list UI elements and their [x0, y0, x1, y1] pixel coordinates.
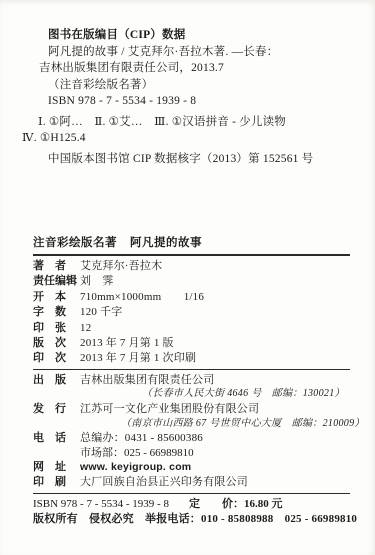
row-label: 著 者: [33, 259, 80, 274]
divider-middle: [33, 369, 350, 370]
publisher-address: （长春市人民大街 4646 号 邮编：130021）: [33, 387, 350, 402]
row-distributor: 发 行 江苏可一文化产业集团股份有限公司: [33, 402, 350, 417]
row-value: 江苏可一文化产业集团股份有限公司: [80, 402, 259, 417]
row-label: 字 数: [33, 305, 80, 320]
row-label: 责任编辑: [33, 274, 80, 289]
phone-editorial: 总编办：0431 - 85600386: [80, 431, 203, 446]
isbn-price-row: ISBN 978 - 7 - 5534 - 1939 - 8 定 价：16.80…: [33, 497, 350, 513]
row-label: 开 本: [33, 290, 80, 305]
row-label: 网 址: [33, 460, 80, 475]
divider-top: [33, 254, 350, 256]
row-phone: 电 话 总编办：0431 - 85600386: [33, 431, 350, 446]
cip-header: 图书在版编目（CIP）数据: [22, 27, 357, 44]
book-title: 阿凡提的故事: [130, 237, 202, 249]
row-value: 大厂回族自治县正兴印务有限公司: [80, 475, 248, 490]
cip-series-line: （注音彩绘版名著）: [22, 77, 357, 94]
cip-class-line-2: Ⅳ. ①H125.4: [22, 130, 357, 147]
row-value: 2013 年 7 月第 1 版: [80, 336, 174, 351]
publisher-info-list: 出 版 吉林出版集团有限责任公司 （长春市人民大街 4646 号 邮编：1300…: [33, 373, 350, 490]
title-bar: 注音彩绘版名著阿凡提的故事: [33, 236, 350, 250]
row-label: 印 次: [33, 351, 80, 366]
row-publisher: 出 版 吉林出版集团有限责任公司: [33, 373, 350, 388]
row-edition: 版 次 2013 年 7 月第 1 版: [33, 336, 350, 351]
footer-section: ISBN 978 - 7 - 5534 - 1939 - 8 定 价：16.80…: [33, 497, 350, 528]
row-printing: 印 次 2013 年 7 月第 1 次印刷: [33, 351, 350, 366]
row-value: 刘 霁: [80, 274, 114, 289]
cip-class-line-1: Ⅰ. ①阿… Ⅱ. ①艾… Ⅲ. ①汉语拼音 - 少儿读物: [22, 114, 357, 131]
cip-section: 图书在版编目（CIP）数据 阿凡提的故事 / 艾克拜尔·吾拉木著. —长春： 吉…: [22, 27, 357, 167]
row-sheets: 印 张 12: [33, 321, 350, 336]
colophon-section: 注音彩绘版名著阿凡提的故事 著 者 艾克拜尔·吾拉木 责任编辑 刘 霁 开 本 …: [33, 236, 350, 528]
row-label: 版 次: [33, 336, 80, 351]
row-value: 120 千字: [80, 305, 122, 320]
row-format: 开 本 710mm×1000mm 1/16: [33, 290, 350, 305]
row-value: 12: [80, 321, 91, 336]
row-label: 印 张: [33, 321, 80, 336]
series-name: 注音彩绘版名著: [33, 237, 117, 249]
cip-isbn-line: ISBN 978 - 7 - 5534 - 1939 - 8: [22, 93, 357, 110]
phone-marketing: 市场部：025 - 66989810: [33, 446, 350, 461]
divider-bottom: [33, 493, 350, 494]
row-label: 印 刷: [33, 475, 80, 490]
row-website: 网 址 www. keyigroup. com: [33, 460, 350, 475]
distributor-address: （南京市山西路 67 号世贸中心大厦 邮编：210009）: [33, 417, 350, 432]
row-author: 著 者 艾克拜尔·吾拉木: [33, 259, 350, 274]
row-label: 发 行: [33, 402, 80, 417]
row-printer: 印 刷 大厂回族自治县正兴印务有限公司: [33, 475, 350, 490]
row-editor: 责任编辑 刘 霁: [33, 274, 350, 289]
isbn-number: ISBN 978 - 7 - 5534 - 1939 - 8: [33, 497, 169, 513]
row-value: 2013 年 7 月第 1 次印刷: [80, 351, 196, 366]
row-word-count: 字 数 120 千字: [33, 305, 350, 320]
price-label: 定 价：16.80 元: [189, 497, 283, 513]
row-label: 电 话: [33, 431, 80, 446]
cip-record-line: 中国版本图书馆 CIP 数据核字（2013）第 152561 号: [22, 151, 357, 168]
row-label: 出 版: [33, 373, 80, 388]
row-value: 710mm×1000mm 1/16: [80, 290, 204, 305]
copyright-notice: 版权所有 侵权必究 举报电话：010 - 85808988 025 - 6698…: [33, 512, 350, 528]
row-value: 吉林出版集团有限责任公司: [80, 373, 214, 388]
row-value: 艾克拜尔·吾拉木: [80, 259, 162, 274]
edition-info-list: 著 者 艾克拜尔·吾拉木 责任编辑 刘 霁 开 本 710mm×1000mm 1…: [33, 259, 350, 367]
cip-title-line: 阿凡提的故事 / 艾克拜尔·吾拉木著. —长春：: [22, 44, 357, 61]
cip-publisher-line: 吉林出版集团有限责任公司，2013.7: [22, 60, 357, 77]
copyright-page: 图书在版编目（CIP）数据 阿凡提的故事 / 艾克拜尔·吾拉木著. —长春： 吉…: [0, 0, 375, 555]
website-url: www. keyigroup. com: [80, 460, 191, 475]
